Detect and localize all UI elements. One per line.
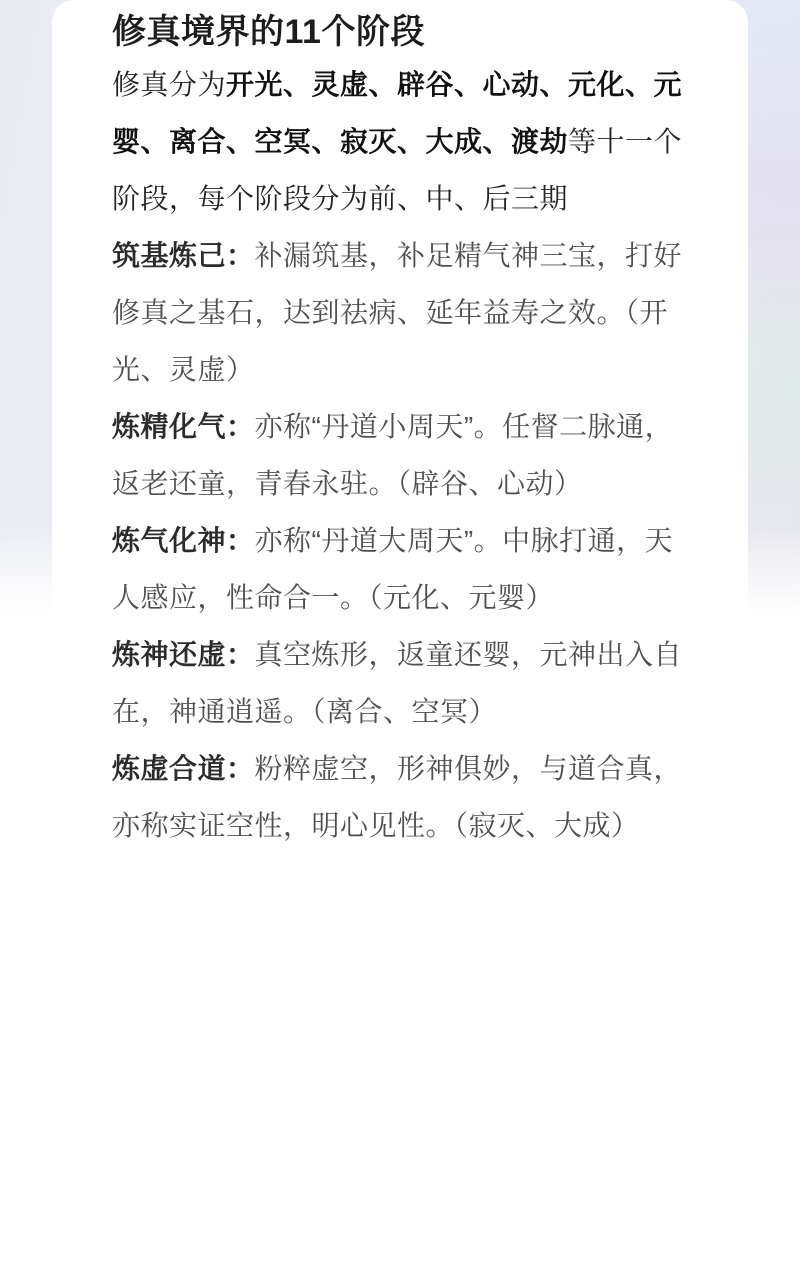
section-lianshen-huanxu: 炼神还虚：真空炼形，返童还婴，元神出入自在，神通逍遥。（离合、空冥） <box>112 626 686 740</box>
intro-lead-text: 修真分为 <box>112 69 226 100</box>
page-title: 修真境界的11个阶段 <box>112 8 686 56</box>
section-heading: 炼神还虚： <box>112 639 255 670</box>
section-heading: 炼精化气： <box>112 411 255 442</box>
intro-paragraph: 修真分为开光、灵虚、辟谷、心动、元化、元婴、离合、空冥、寂灭、大成、渡劫等十一个… <box>112 56 686 227</box>
section-lianjing-huaqi: 炼精化气：亦称“丹道小周天”。任督二脉通，返老还童，青春永驻。（辟谷、心动） <box>112 398 686 512</box>
section-zhuji-lianji: 筑基炼己：补漏筑基，补足精气神三宝，打好修真之基石，达到祛病、延年益寿之效。（开… <box>112 227 686 398</box>
section-lianqi-huashen: 炼气化神：亦称“丹道大周天”。中脉打通，天人感应，性命合一。（元化、元婴） <box>112 512 686 626</box>
page-canvas: 修真境界的11个阶段 修真分为开光、灵虚、辟谷、心动、元化、元婴、离合、空冥、寂… <box>0 0 800 1265</box>
section-lianxu-hedao: 炼虚合道：粉粹虚空，形神俱妙，与道合真，亦称实证空性，明心见性。（寂灭、大成） <box>112 740 686 854</box>
content-card: 修真境界的11个阶段 修真分为开光、灵虚、辟谷、心动、元化、元婴、离合、空冥、寂… <box>52 0 748 1265</box>
section-heading: 筑基炼己： <box>112 240 255 271</box>
section-heading: 炼气化神： <box>112 525 255 556</box>
section-heading: 炼虚合道： <box>112 753 255 784</box>
